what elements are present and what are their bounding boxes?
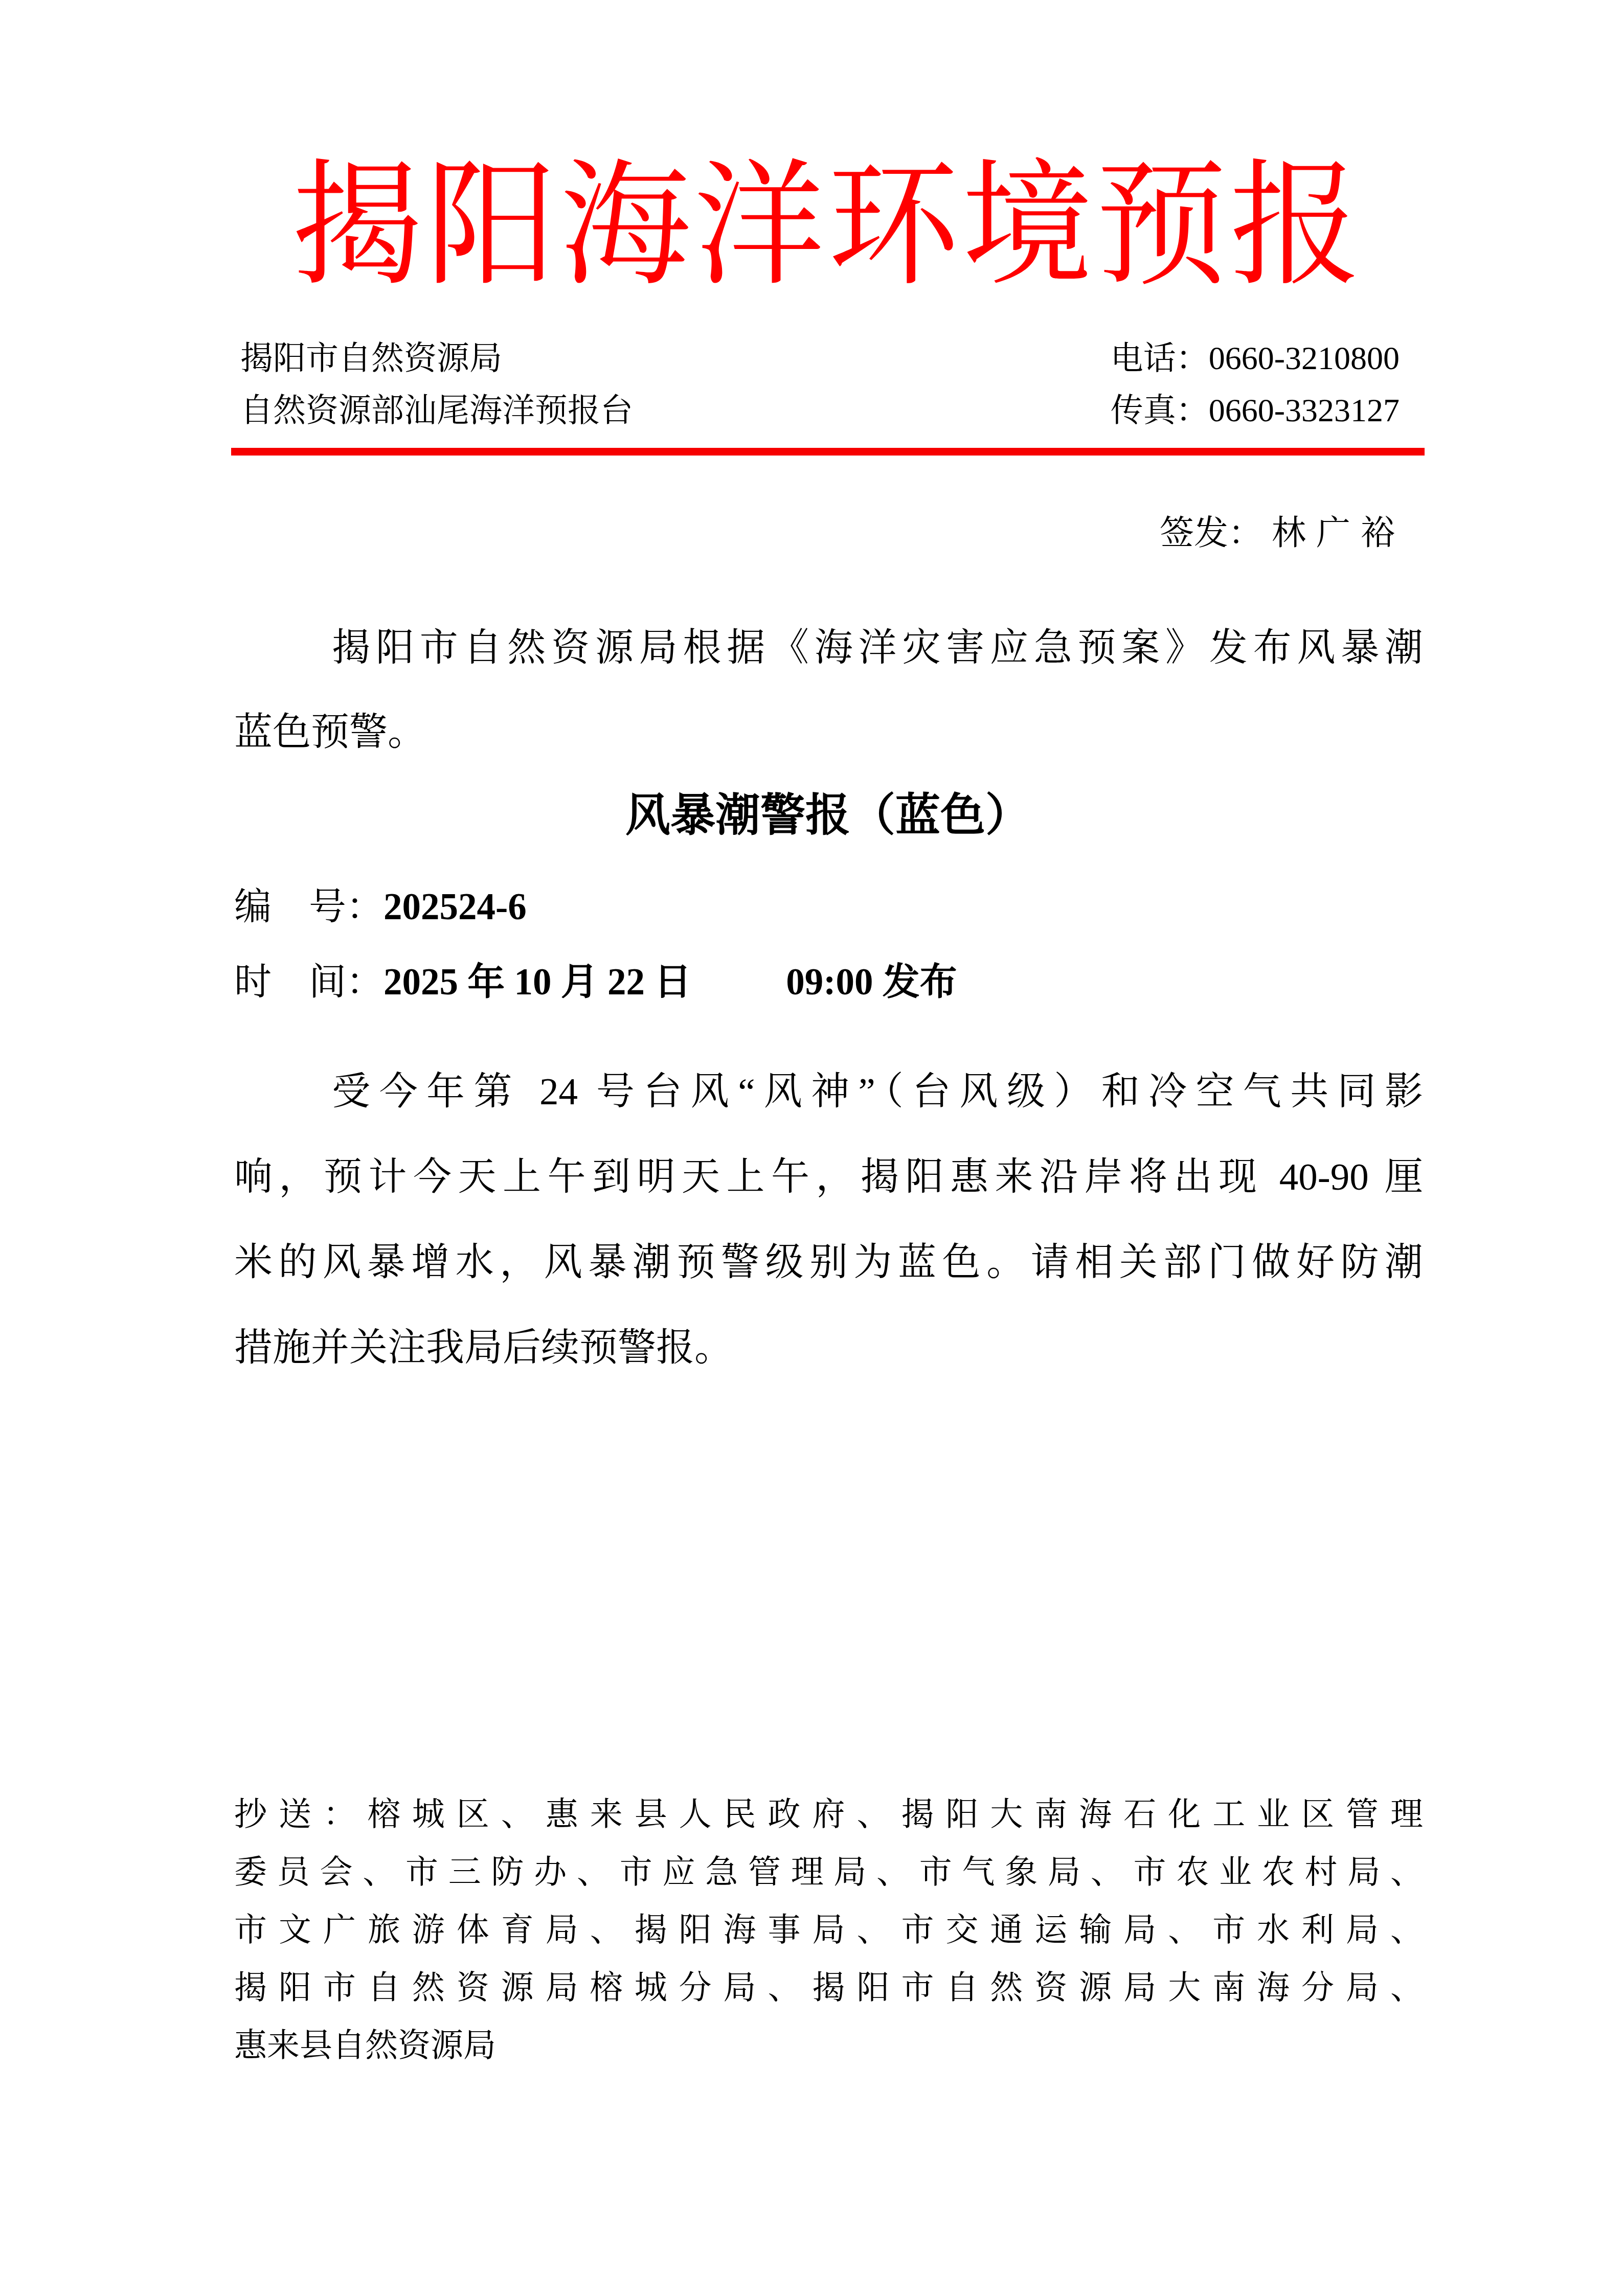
body-paragraph: 受今年第 24 号台风“风神”（台风级）和冷空气共同影 响，预计今天上午到明天上… <box>234 1049 1423 1391</box>
report-meta: 编 号：202524-6 时 间：2025 年 10 月 22 日09:00 发… <box>234 869 1423 1019</box>
intro-line: 蓝色预警。 <box>234 690 1423 775</box>
cc-line: 市文广旅游体育局、揭阳海事局、市交通运输局、市水利局、 <box>234 1901 1423 1959</box>
fax-number: 0660-3323127 <box>1209 392 1400 428</box>
contact-info: 电话：0660-3210800 传真：0660-3323127 <box>1111 332 1423 437</box>
cc-line: 抄送：榕城区、惠来县人民政府、揭阳大南海石化工业区管理 <box>234 1785 1423 1843</box>
report-number-label: 编 号： <box>234 886 384 927</box>
report-number-row: 编 号：202524-6 <box>234 869 1423 944</box>
signer-label: 签发： <box>1160 514 1262 552</box>
document-title: 揭阳海洋环境预报 <box>233 142 1423 312</box>
cc-line: 委员会、市三防办、市应急管理局、市气象局、市农业农村局、 <box>234 1843 1423 1901</box>
report-time-row: 时 间：2025 年 10 月 22 日09:00 发布 <box>234 944 1423 1019</box>
cc-line: 惠来县自然资源局 <box>234 2016 1423 2074</box>
intro-line: 揭阳市自然资源局根据《海洋灾害应急预案》发布风暴潮 <box>234 606 1423 690</box>
fax-line: 传真：0660-3323127 <box>1111 384 1400 437</box>
phone-number: 0660-3210800 <box>1209 340 1400 376</box>
signer-line: 签发：林广裕 <box>233 509 1405 558</box>
red-divider <box>231 448 1425 456</box>
body-line: 响，预计今天上午到明天上午，揭阳惠来沿岸将出现 40-90 厘 <box>234 1134 1423 1220</box>
report-time-date: 2025 年 10 月 22 日 <box>384 961 691 1003</box>
body-line: 受今年第 24 号台风“风神”（台风级）和冷空气共同影 <box>234 1049 1423 1134</box>
body-line: 米的风暴增水，风暴潮预警级别为蓝色。请相关部门做好防潮 <box>234 1220 1423 1305</box>
report-time-label: 时 间： <box>234 961 384 1003</box>
phone-line: 电话：0660-3210800 <box>1111 332 1400 384</box>
intro-paragraph: 揭阳市自然资源局根据《海洋灾害应急预案》发布风暴潮 蓝色预警。 <box>234 606 1423 775</box>
document-page: 揭阳海洋环境预报 揭阳市自然资源局 自然资源部汕尾海洋预报台 电话：0660-3… <box>0 0 1624 2296</box>
issuing-orgs: 揭阳市自然资源局 自然资源部汕尾海洋预报台 <box>240 332 633 437</box>
body-line: 措施并关注我局后续预警报。 <box>234 1305 1423 1391</box>
org-line-2: 自然资源部汕尾海洋预报台 <box>240 384 633 437</box>
report-time-issue: 09:00 发布 <box>786 961 957 1003</box>
cc-line: 揭阳市自然资源局榕城分局、揭阳市自然资源局大南海分局、 <box>234 1959 1423 2016</box>
fax-label: 传真： <box>1111 392 1209 428</box>
letterhead-row: 揭阳市自然资源局 自然资源部汕尾海洋预报台 电话：0660-3210800 传真… <box>240 332 1423 437</box>
org-line-1: 揭阳市自然资源局 <box>240 332 633 384</box>
alert-heading: 风暴潮警报（蓝色） <box>233 787 1423 843</box>
phone-label: 电话： <box>1111 340 1209 376</box>
signer-name: 林广裕 <box>1272 514 1405 552</box>
cc-block: 抄送：榕城区、惠来县人民政府、揭阳大南海石化工业区管理 委员会、市三防办、市应急… <box>234 1785 1423 2074</box>
report-number-value: 202524-6 <box>384 886 527 927</box>
